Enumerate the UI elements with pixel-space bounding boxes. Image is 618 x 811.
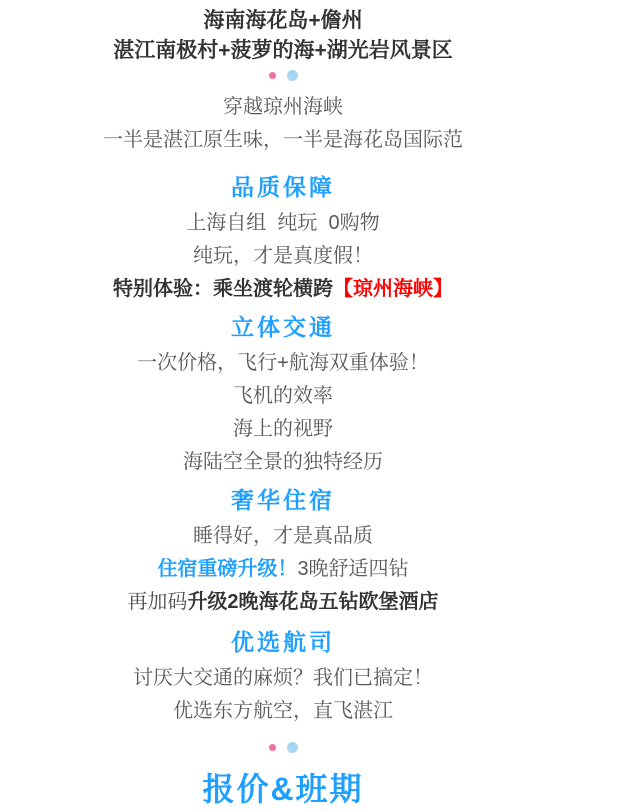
blue-dot-icon	[287, 70, 298, 81]
intro-line-2: 一半是湛江原生味，一半是海花岛国际范	[0, 124, 566, 157]
hotel-bonus-line: 再加码升级2晚海花岛五钻欧堡酒店	[0, 586, 566, 619]
quality-line-1: 上海自组 纯玩 0购物	[0, 207, 566, 240]
page-title-line-1: 海南海花岛+儋州	[0, 6, 566, 36]
section-heading-transport: 立体交通	[0, 310, 566, 344]
transport-line-4: 海陆空全景的独特经历	[0, 446, 566, 479]
hotel-line-1: 睡得好，才是真品质	[0, 520, 566, 553]
special-experience-text: 特别体验：乘坐渡轮横跨	[113, 278, 333, 300]
dot-separator-top	[0, 66, 566, 84]
hotel-paragraph: 睡得好，才是真品质 住宿重磅升级！3晚舒适四钻 再加码升级2晚海花岛五钻欧堡酒店	[0, 520, 566, 619]
special-experience-highlight: 【琼州海峡】	[333, 278, 453, 300]
section-heading-hotel: 奢华住宿	[0, 483, 566, 517]
dot-separator-bottom	[0, 738, 566, 756]
section-heading-quality: 品质保障	[0, 170, 566, 204]
quality-special-line: 特别体验：乘坐渡轮横跨【琼州海峡】	[0, 273, 566, 306]
quality-paragraph: 上海自组 纯玩 0购物 纯玩，才是真度假！ 特别体验：乘坐渡轮横跨【琼州海峡】	[0, 207, 566, 306]
price-schedule-heading: 报价&班期	[0, 770, 566, 808]
blue-dot-icon	[287, 742, 298, 753]
pink-dot-icon	[269, 744, 276, 751]
hotel-upgrade-rest: 3晚舒适四钻	[297, 558, 408, 580]
transport-line-1: 一次价格，飞行+航海双重体验！	[0, 347, 566, 380]
intro-line-1: 穿越琼州海峡	[0, 91, 566, 124]
transport-line-2: 飞机的效率	[0, 380, 566, 413]
airline-line-1: 讨厌大交通的麻烦？我们已搞定！	[0, 662, 566, 695]
page-title-line-2: 湛江南极村+菠萝的海+湖光岩风景区	[0, 36, 566, 66]
intro-paragraph: 穿越琼州海峡 一半是湛江原生味，一半是海花岛国际范	[0, 91, 566, 157]
transport-paragraph: 一次价格，飞行+航海双重体验！ 飞机的效率 海上的视野 海陆空全景的独特经历	[0, 347, 566, 479]
airline-line-2: 优选东方航空，直飞湛江	[0, 695, 566, 728]
pink-dot-icon	[269, 72, 276, 79]
hotel-bonus-prefix: 再加码	[127, 591, 187, 613]
hotel-bonus-bold: 升级2晚海花岛五钻欧堡酒店	[187, 591, 438, 613]
airline-paragraph: 讨厌大交通的麻烦？我们已搞定！ 优选东方航空，直飞湛江	[0, 662, 566, 728]
promo-content: 海南海花岛+儋州 湛江南极村+菠萝的海+湖光岩风景区 穿越琼州海峡 一半是湛江原…	[0, 0, 566, 808]
transport-line-3: 海上的视野	[0, 413, 566, 446]
section-heading-airline: 优选航司	[0, 625, 566, 659]
quality-line-2: 纯玩，才是真度假！	[0, 240, 566, 273]
hotel-upgrade-line: 住宿重磅升级！3晚舒适四钻	[0, 553, 566, 586]
hotel-upgrade-highlight: 住宿重磅升级！	[157, 558, 297, 580]
